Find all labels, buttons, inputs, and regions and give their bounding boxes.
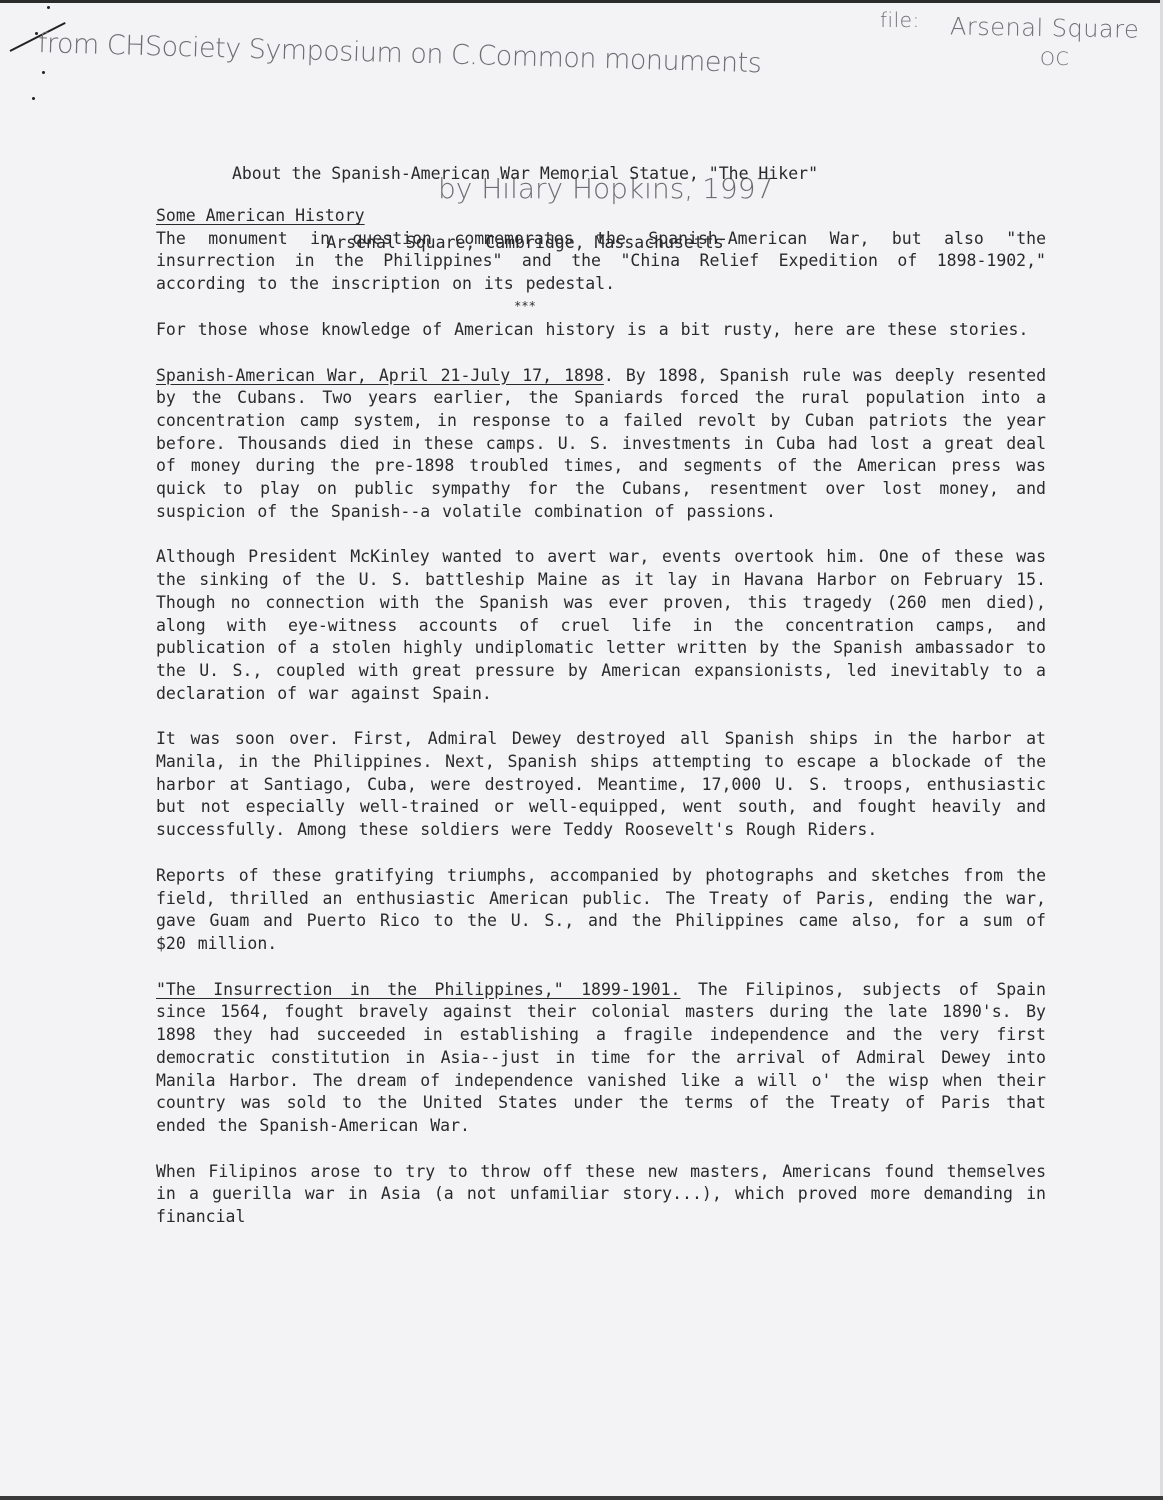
handwritten-initials: OC <box>1040 48 1069 70</box>
document-body: Some American History The monument in qu… <box>156 205 1046 1252</box>
section-heading: Some American History <box>156 205 1046 228</box>
paragraph-insurrection: "The Insurrection in the Philippines," 1… <box>156 979 1046 1138</box>
handwritten-file-value: Arsenal Square <box>950 12 1140 43</box>
inline-heading: "The Insurrection in the Philippines," 1… <box>156 980 680 999</box>
inline-heading: Spanish-American War, April 21-July 17, … <box>156 366 604 385</box>
paragraph-mckinley: Although President McKinley wanted to av… <box>156 546 1046 705</box>
paragraph-text: For those whose knowledge of American hi… <box>156 320 1028 339</box>
paragraph-text: . By 1898, Spanish rule was deeply resen… <box>156 366 1046 521</box>
paragraph-reports: Reports of these gratifying triumphs, ac… <box>156 865 1046 956</box>
punch-dot <box>32 97 35 100</box>
paragraph-text: The Filipinos, subjects of Spain since 1… <box>156 980 1046 1135</box>
paragraph-rusty: For those whose knowledge of American hi… <box>156 319 1046 342</box>
paragraph-text: The monument in question commemorates th… <box>156 229 1046 293</box>
paragraph-text: Although President McKinley wanted to av… <box>156 547 1046 702</box>
paragraph-soon-over: It was soon over. First, Admiral Dewey d… <box>156 728 1046 842</box>
punch-dot <box>47 6 50 9</box>
paragraph-spanish-american-war: Spanish-American War, April 21-July 17, … <box>156 365 1046 524</box>
punch-dot <box>42 71 45 74</box>
paragraph-filipinos-arose: When Filipinos arose to try to throw off… <box>156 1161 1046 1229</box>
handwritten-file-label: file: <box>880 8 920 32</box>
paragraph-intro: The monument in question commemorates th… <box>156 228 1046 296</box>
handwritten-source-note: from CHSociety Symposium on C.Common mon… <box>38 28 762 79</box>
scan-edge-top <box>0 0 1163 3</box>
scan-edge-bottom <box>0 1496 1163 1500</box>
paragraph-text: It was soon over. First, Admiral Dewey d… <box>156 729 1046 839</box>
paragraph-text: Reports of these gratifying triumphs, ac… <box>156 866 1046 953</box>
document-title: About the Spanish-American War Memorial … <box>150 162 900 185</box>
paragraph-text: When Filipinos arose to try to throw off… <box>156 1162 1046 1226</box>
